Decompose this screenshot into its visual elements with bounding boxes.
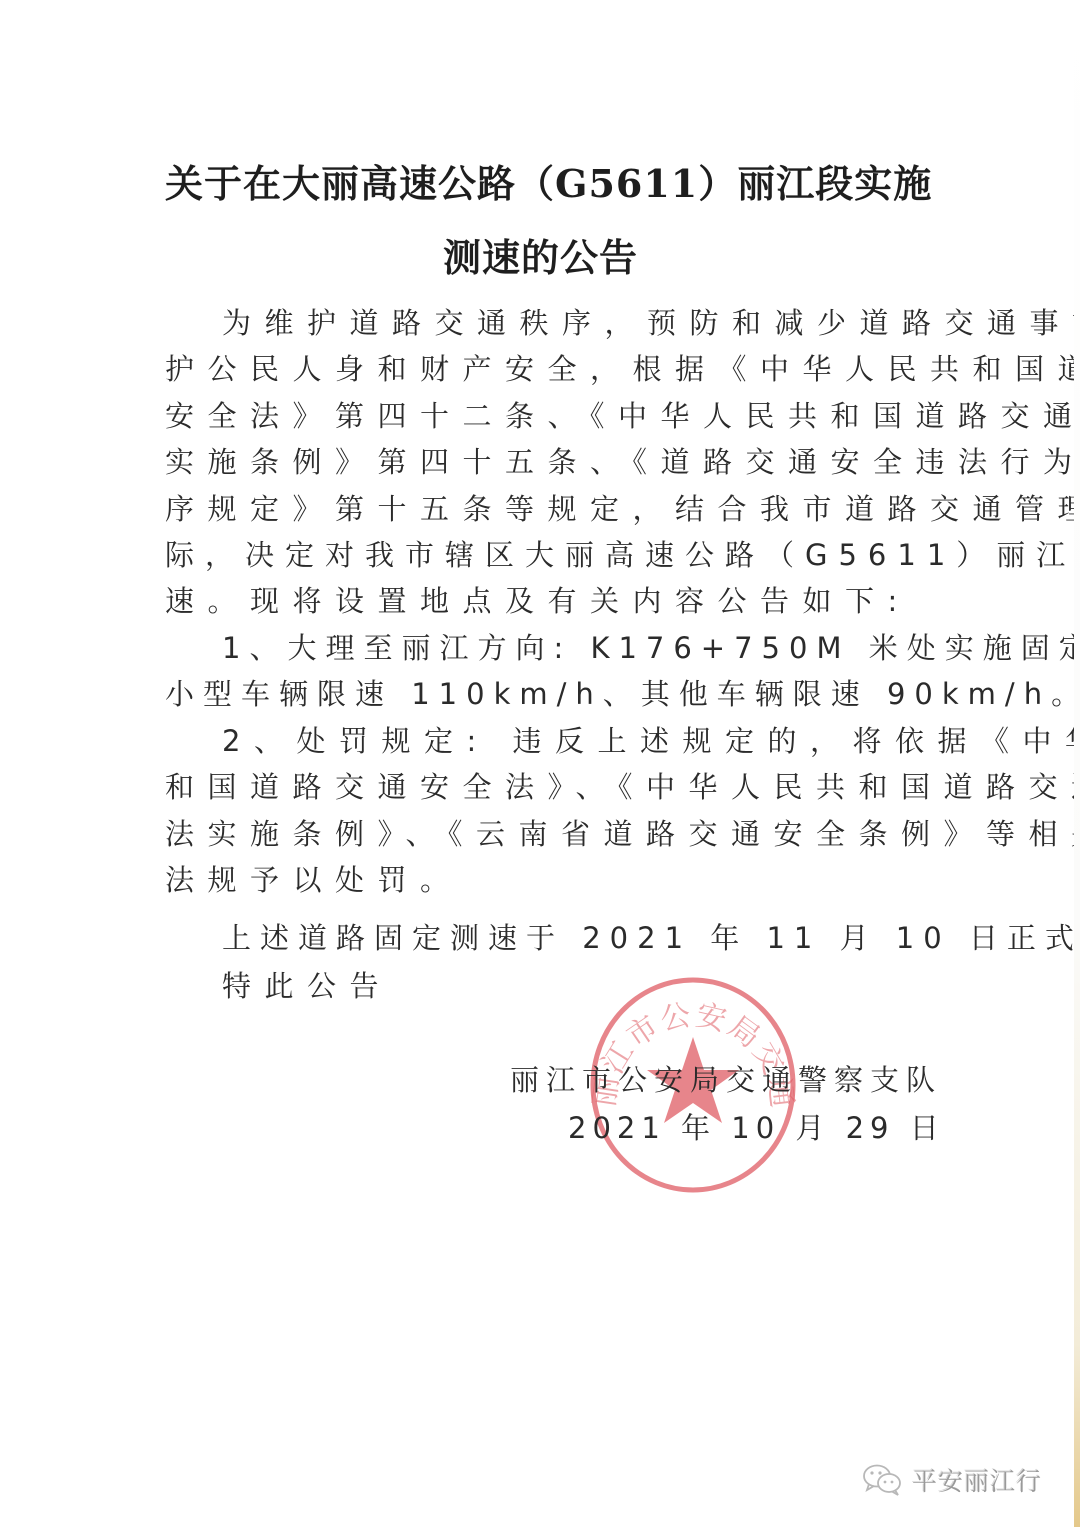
- body-line: 际，决定对我市辖区大丽高速公路（G5611）丽江段实施测: [165, 537, 1080, 573]
- page-edge: [1074, 0, 1080, 1527]
- body-line: 速。现将设置地点及有关内容公告如下:: [165, 583, 911, 619]
- body-line: 上述道路固定测速于 2021 年 11 月 10 日正式实施。: [222, 920, 1080, 956]
- body-line: 安全法》第四十二条、《中华人民共和国道路交通安全法: [165, 398, 1080, 434]
- wechat-icon: [862, 1463, 904, 1497]
- body-line: 法规予以处罚。: [165, 862, 463, 898]
- body-line: 实施条例》第四十五条、《道路交通安全违法行为处理程: [165, 444, 1080, 480]
- body-line: 法实施条例》、《云南省道路交通安全条例》等相关法律: [165, 816, 1080, 852]
- body-line: 为维护道路交通秩序，预防和减少道路交通事故，保: [222, 305, 1080, 341]
- body-line: 护公民人身和财产安全，根据《中华人民共和国道路交通: [165, 351, 1080, 387]
- body-line: 和国道路交通安全法》、《中华人民共和国道路交通安全: [165, 769, 1080, 805]
- wechat-watermark: 平安丽江行: [862, 1462, 1042, 1498]
- body-line: 小型车辆限速 110km/h、其他车辆限速 90km/h。: [165, 676, 1080, 712]
- document-title-line-1: 关于在大丽高速公路（G5611）丽江段实施: [165, 153, 932, 208]
- watermark-account-name: 平安丽江行: [912, 1462, 1042, 1498]
- issuer-name: 丽江市公安局交通警察支队: [510, 1062, 942, 1098]
- document-title-line-2: 测速的公告: [443, 227, 638, 282]
- body-line: 序规定》第十五条等规定，结合我市道路交通管理工作实: [165, 491, 1080, 527]
- issue-date: 2021 年 10 月 29 日: [568, 1110, 945, 1146]
- body-line: 特此公告: [222, 968, 392, 1004]
- document-page: 关于在大丽高速公路（G5611）丽江段实施 测速的公告 为维护道路交通秩序，预防…: [0, 0, 1080, 1527]
- body-line: 2、处罚规定: 违反上述规定的，将依据《中华人民共: [222, 723, 1080, 759]
- body-line: 1、大理至丽江方向: K176+750M 米处实施固定测速，: [222, 630, 1080, 666]
